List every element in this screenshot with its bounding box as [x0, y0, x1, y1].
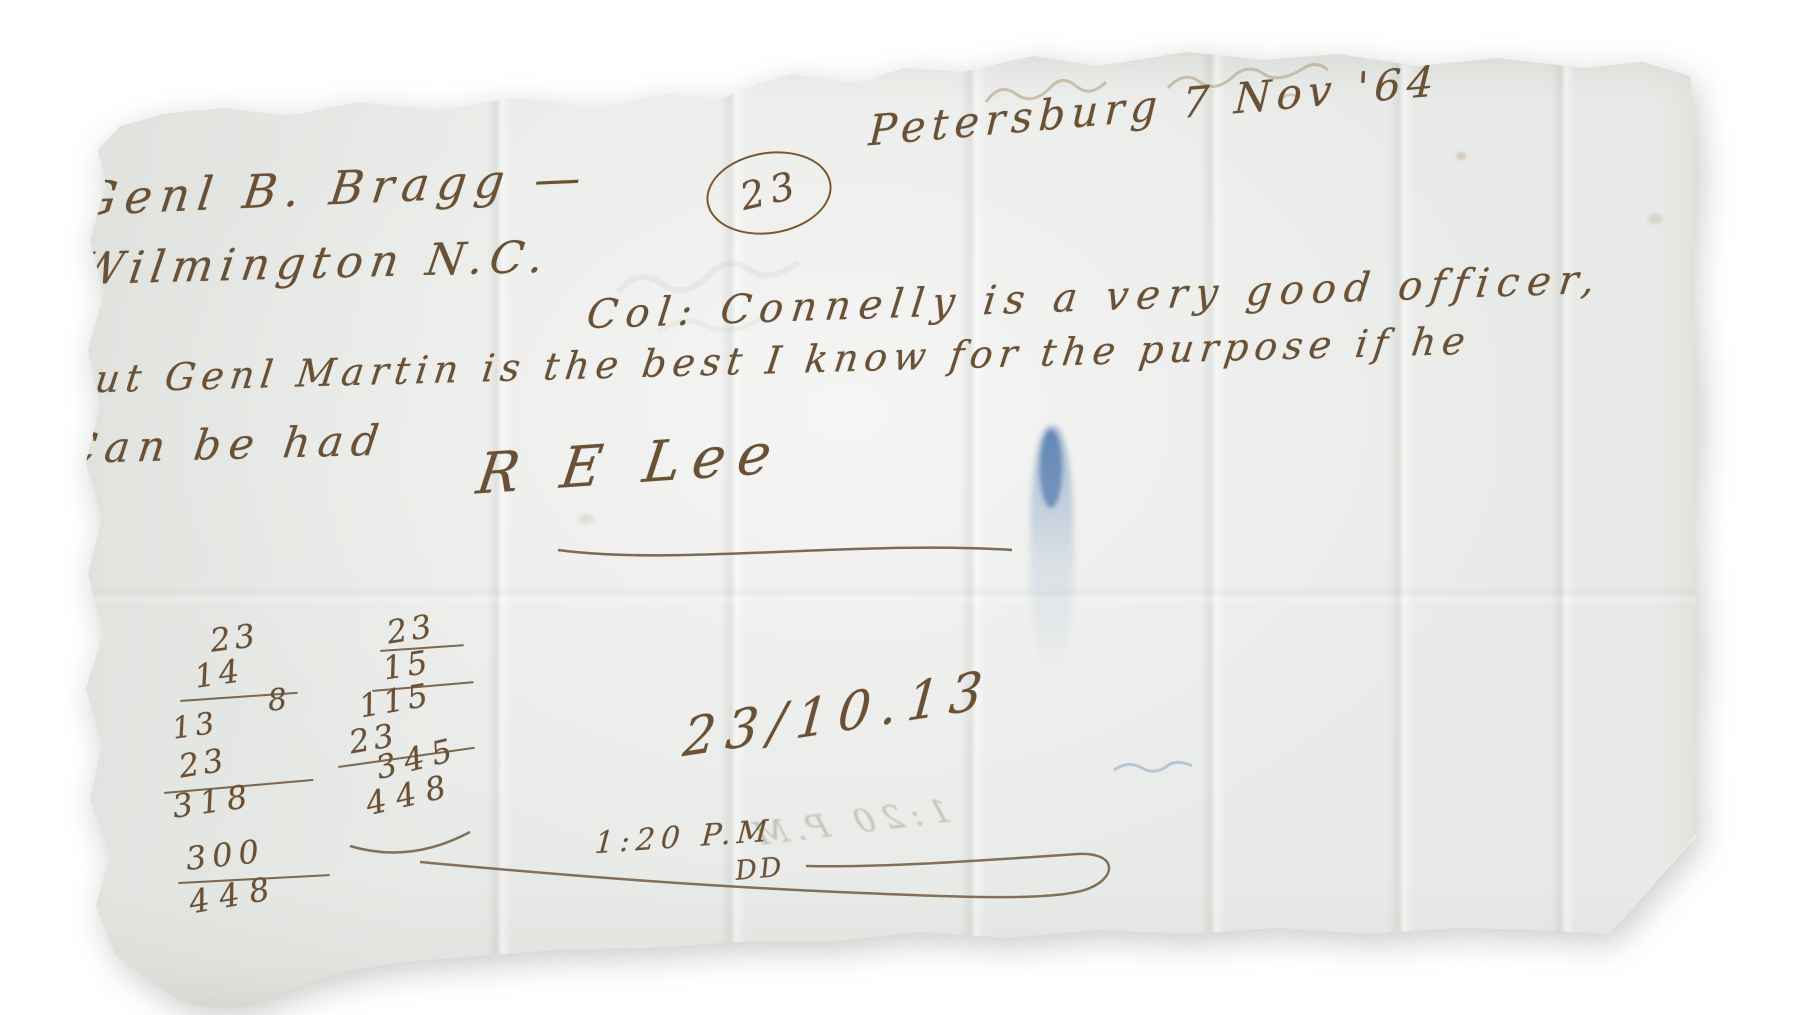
circled-number-text: 23 — [736, 162, 805, 218]
folded-corner — [1610, 832, 1700, 938]
calc-col1-row-2: 8 — [266, 682, 289, 719]
body-line-3: Can be had — [62, 416, 390, 474]
blue-ink-stain-core — [1040, 430, 1062, 508]
blue-ink-stain — [1030, 426, 1074, 676]
blue-scribble — [1110, 756, 1200, 782]
stain-dot — [578, 514, 594, 524]
calc-col2-row-5: 448 — [362, 766, 459, 824]
fold-crease — [1200, 44, 1226, 1014]
fold-crease — [1550, 44, 1576, 1014]
signature-text: R E Lee — [473, 421, 788, 508]
stain-dot — [1648, 214, 1662, 224]
calc-col1-row-3: 13 — [170, 706, 221, 747]
document-paper: Petersburg 7 Nov '64 23 Genl B. Bragg — … — [58, 44, 1700, 1014]
recipient-line-2: Wilmington N.C. — [74, 232, 554, 296]
calc-col1-row-1: 14 — [192, 651, 246, 695]
time-note-flourish — [418, 840, 1138, 920]
calc-col1-row-4: 23 — [176, 740, 230, 785]
recipient-line-1: Genl B. Bragg — — [77, 150, 592, 227]
photo-backdrop: Petersburg 7 Nov '64 23 Genl B. Bragg — … — [0, 0, 1800, 1015]
fold-crease — [58, 584, 1700, 606]
fraction-note: 23/10.13 — [681, 659, 995, 769]
fold-crease — [1388, 44, 1414, 1014]
signature-flourish — [556, 536, 1036, 576]
stain-dot — [1456, 152, 1466, 160]
calc-col2-row-2: 115 — [356, 675, 435, 725]
